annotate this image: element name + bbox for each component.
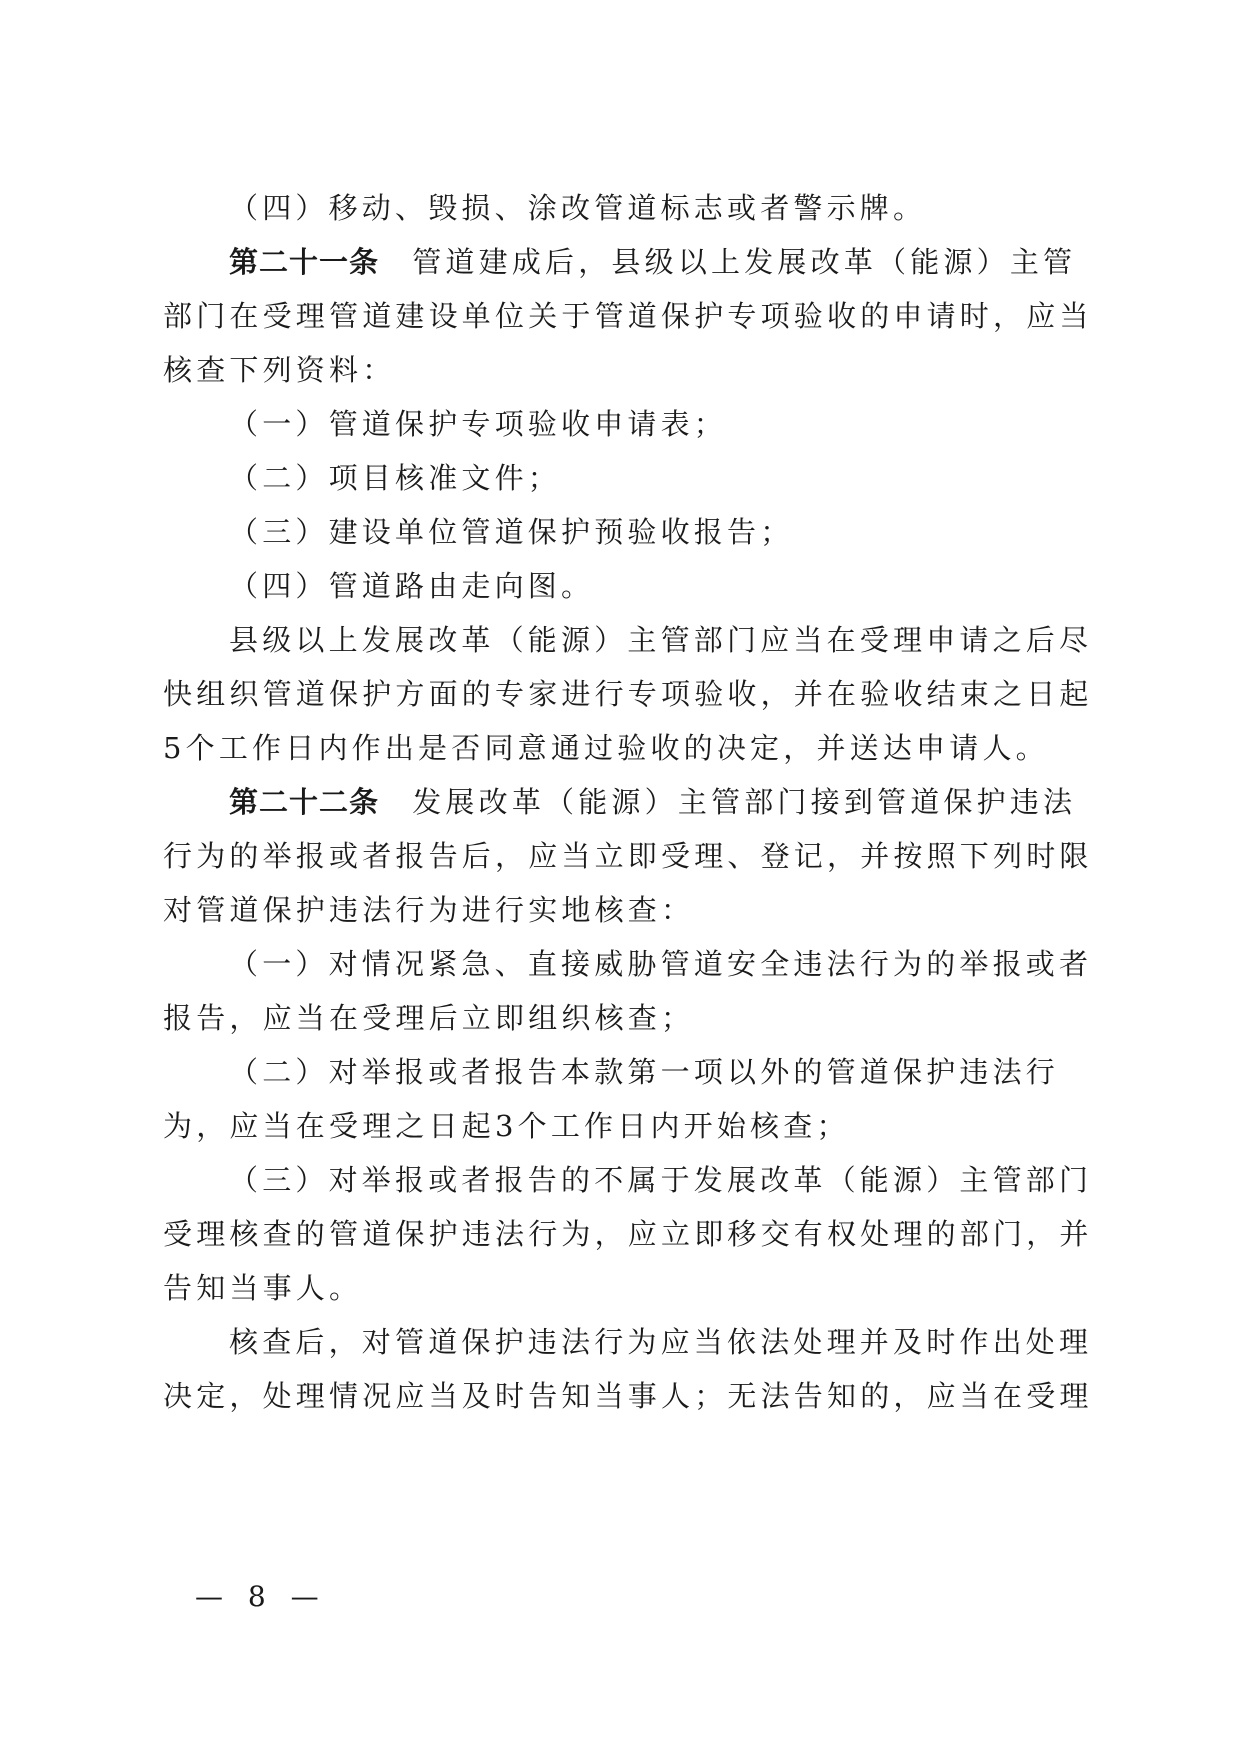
list-item: （一）管道保护专项验收申请表； (163, 404, 1145, 444)
text-line: 部门在受理管道建设单位关于管道保护专项验收的申请时，应当 (163, 296, 1079, 336)
list-item: （三）建设单位管道保护预验收报告； (163, 512, 1145, 552)
article-21-heading: 第二十一条 管道建成后，县级以上发展改革（能源）主管 (163, 242, 1145, 282)
article-number: 第二十一条 (229, 245, 379, 279)
text-line: 县级以上发展改革（能源）主管部门应当在受理申请之后尽 (163, 620, 1145, 660)
text-line: 对管道保护违法行为进行实地核查： (163, 890, 1079, 930)
text-line: 报告，应当在受理后立即组织核查； (163, 998, 1079, 1038)
article-number: 第二十二条 (229, 785, 379, 819)
page-number: — 8 — (195, 1580, 327, 1613)
list-item: （一）对情况紧急、直接威胁管道安全违法行为的举报或者 (163, 944, 1145, 984)
text-line: 核查下列资料： (163, 350, 1079, 390)
text-line: 受理核查的管道保护违法行为，应立即移交有权处理的部门，并 (163, 1214, 1079, 1254)
list-item: （二）项目核准文件； (163, 458, 1145, 498)
article-22-heading: 第二十二条 发展改革（能源）主管部门接到管道保护违法 (163, 782, 1145, 822)
text-line: 核查后，对管道保护违法行为应当依法处理并及时作出处理 (163, 1322, 1145, 1362)
text-line: 行为的举报或者报告后，应当立即受理、登记，并按照下列时限 (163, 836, 1079, 876)
text-line: 快组织管道保护方面的专家进行专项验收，并在验收结束之日起 (163, 674, 1079, 714)
list-item: （二）对举报或者报告本款第一项以外的管道保护违法行 (163, 1052, 1145, 1092)
text-line: 为，应当在受理之日起3个工作日内开始核查； (163, 1106, 1079, 1146)
text-line: 告知当事人。 (163, 1268, 1079, 1308)
list-item: （四）管道路由走向图。 (163, 566, 1145, 606)
text-line: 5个工作日内作出是否同意通过验收的决定，并送达申请人。 (163, 728, 1079, 768)
text-line: 决定，处理情况应当及时告知当事人；无法告知的，应当在受理 (163, 1376, 1079, 1416)
list-item: （三）对举报或者报告的不属于发展改革（能源）主管部门 (163, 1160, 1145, 1200)
text-line: （四）移动、毁损、涂改管道标志或者警示牌。 (163, 188, 1145, 228)
